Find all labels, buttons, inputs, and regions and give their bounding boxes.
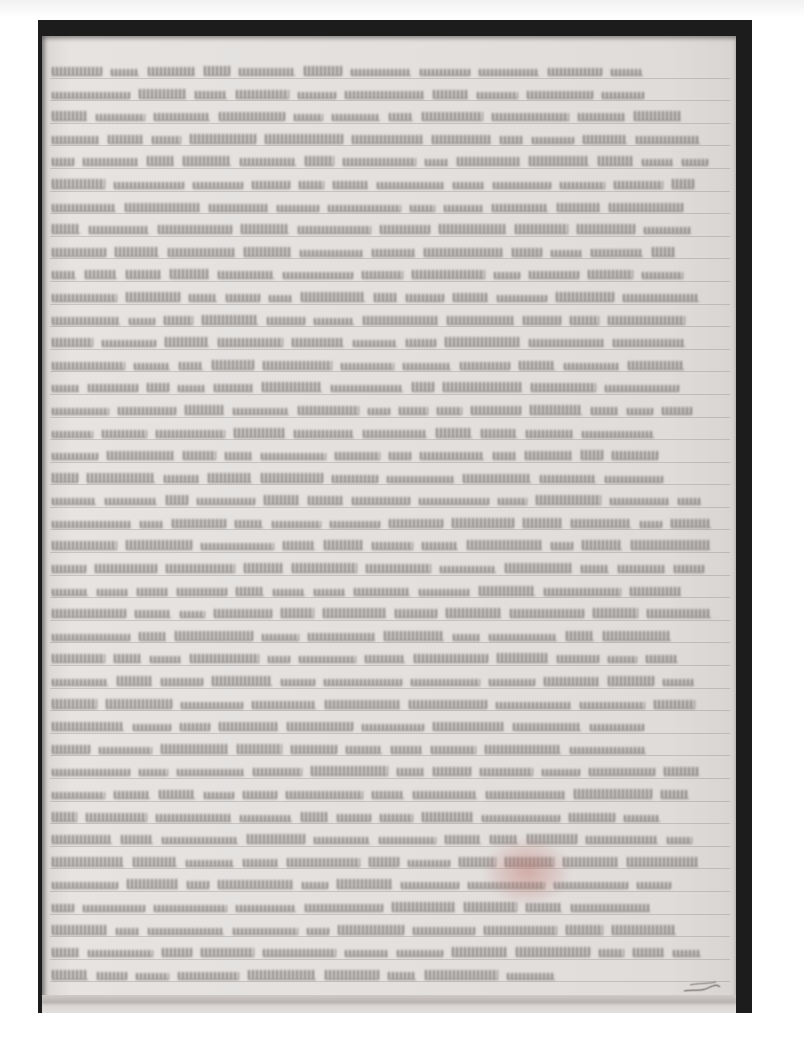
handwritten-word xyxy=(108,135,143,144)
handwritten-word xyxy=(99,747,152,754)
handwritten-word xyxy=(190,654,259,663)
handwritten-word xyxy=(292,563,357,573)
handwritten-word xyxy=(137,588,168,596)
handwritten-word xyxy=(148,928,224,935)
handwritten-word xyxy=(422,542,458,550)
handwritten-word xyxy=(663,679,694,686)
handwritten-word xyxy=(628,361,684,370)
handwritten-word xyxy=(235,520,263,528)
handwriting-strokes xyxy=(52,106,726,118)
handwriting-strokes xyxy=(52,535,726,547)
handwriting-line xyxy=(50,146,730,169)
handwriting-line xyxy=(50,79,730,102)
handwritten-word xyxy=(218,338,283,347)
handwritten-word xyxy=(409,700,487,709)
handwritten-word xyxy=(52,970,88,980)
handwritten-word xyxy=(261,473,323,483)
handwritten-word xyxy=(52,948,79,957)
handwritten-word xyxy=(180,723,210,731)
handwritten-word xyxy=(281,608,314,618)
handwritten-word xyxy=(551,542,573,550)
handwritten-word xyxy=(52,679,108,686)
handwritten-word xyxy=(377,182,444,189)
handwritten-word xyxy=(633,948,664,957)
handwriting-strokes xyxy=(52,671,726,683)
handwritten-word xyxy=(365,655,405,663)
handwritten-word xyxy=(97,589,128,596)
handwritten-word xyxy=(180,611,205,618)
handwritten-word xyxy=(107,451,174,460)
handwritten-word xyxy=(161,744,228,754)
handwritten-word xyxy=(557,203,600,212)
handwritten-word xyxy=(52,634,130,641)
handwritten-word xyxy=(445,337,520,347)
handwritten-word xyxy=(219,112,285,121)
handwritten-word xyxy=(492,204,548,212)
handwritten-word xyxy=(311,766,388,776)
handwritten-word xyxy=(664,767,699,776)
handwritten-word xyxy=(366,564,431,573)
handwritten-word xyxy=(111,69,139,76)
handwritten-word xyxy=(591,249,643,257)
handwritten-word xyxy=(243,791,277,799)
handwritten-word xyxy=(678,498,701,505)
handwritten-word xyxy=(673,950,701,957)
handwritten-word xyxy=(218,880,293,889)
handwritten-word xyxy=(264,495,299,505)
handwritten-word xyxy=(345,91,424,99)
handwritten-word xyxy=(354,588,410,596)
handwritten-word xyxy=(127,879,178,889)
handwritten-word xyxy=(662,407,692,415)
handwriting-line xyxy=(50,237,730,260)
handwritten-word xyxy=(445,835,481,844)
handwritten-word xyxy=(389,519,443,528)
handwritten-word xyxy=(353,340,397,347)
handwritten-word xyxy=(281,679,315,686)
handwritten-word xyxy=(523,316,561,325)
handwritten-word xyxy=(300,250,363,257)
handwriting-line xyxy=(50,643,730,666)
handwritten-word xyxy=(403,363,451,370)
handwriting-strokes xyxy=(52,761,726,773)
handwritten-word xyxy=(589,768,655,776)
handwritten-word xyxy=(96,114,145,121)
handwritten-word xyxy=(301,812,328,822)
handwritten-word xyxy=(304,66,342,76)
handwritten-word xyxy=(588,270,633,279)
handwritten-word xyxy=(608,316,685,325)
handwritten-word xyxy=(233,928,298,935)
handwritten-word xyxy=(624,815,660,822)
handwritten-word xyxy=(147,156,174,166)
handwritten-word xyxy=(52,498,96,505)
handwritten-word xyxy=(500,136,523,144)
handwritten-word xyxy=(440,566,496,573)
handwritten-word xyxy=(526,430,573,438)
handwritten-word xyxy=(301,292,365,302)
handwriting-strokes xyxy=(52,626,726,638)
handwritten-word xyxy=(372,542,413,550)
handwritten-word xyxy=(159,790,195,799)
handwritten-word xyxy=(481,429,517,438)
handwritten-word xyxy=(140,521,163,528)
handwritten-word xyxy=(447,316,514,325)
handwriting-strokes xyxy=(52,942,726,954)
handwritten-word xyxy=(460,362,510,370)
handwritten-word xyxy=(52,857,124,867)
handwritten-word xyxy=(399,407,428,415)
handwritten-word xyxy=(209,204,268,212)
handwriting-line xyxy=(50,485,730,508)
handwriting-line xyxy=(50,440,730,463)
handwritten-word xyxy=(581,450,603,460)
handwritten-word xyxy=(496,702,571,709)
handwritten-word xyxy=(406,294,444,302)
handwritten-word xyxy=(544,677,599,686)
handwritten-word xyxy=(52,111,87,121)
red-stamp-mark xyxy=(482,836,572,906)
handwriting-strokes xyxy=(52,807,726,819)
handwritten-word xyxy=(422,812,473,822)
handwritten-word xyxy=(294,430,354,438)
handwritten-word xyxy=(52,317,120,325)
handwritten-word xyxy=(185,405,224,415)
handwritten-word xyxy=(283,272,353,279)
handwritten-word xyxy=(126,270,161,279)
handwriting-strokes xyxy=(52,310,726,322)
handwritten-word xyxy=(631,540,710,550)
handwritten-word xyxy=(352,497,410,505)
handwriting-line xyxy=(50,530,730,553)
handwritten-word xyxy=(574,789,652,799)
handwritten-word xyxy=(269,295,292,302)
handwritten-word xyxy=(389,452,411,460)
handwritten-word xyxy=(337,814,371,822)
handwritten-word xyxy=(513,723,581,731)
handwritten-word xyxy=(397,768,424,776)
handwritten-word xyxy=(612,925,676,935)
handwritten-word xyxy=(52,609,126,618)
handwriting-line xyxy=(50,169,730,192)
handwritten-word xyxy=(314,318,354,325)
handwriting-line xyxy=(50,756,730,779)
handwriting-strokes xyxy=(52,490,726,502)
handwritten-word xyxy=(505,563,572,573)
handwritten-word xyxy=(324,679,402,686)
handwritten-word xyxy=(647,609,711,618)
handwritten-word xyxy=(343,158,416,166)
handwritten-word xyxy=(362,724,424,731)
handwritten-word xyxy=(599,949,624,957)
handwritten-word xyxy=(291,745,337,754)
handwritten-word xyxy=(52,792,105,799)
handwritten-word xyxy=(368,408,390,415)
handwritten-word xyxy=(102,430,147,438)
handwritten-word xyxy=(395,609,437,618)
handwritten-word xyxy=(571,904,650,912)
handwritten-word xyxy=(363,316,438,325)
handwritten-word xyxy=(133,724,171,731)
handwritten-word xyxy=(482,815,560,822)
handwriting-strokes xyxy=(52,84,726,96)
handwritten-word xyxy=(262,382,322,392)
handwritten-word xyxy=(433,722,504,731)
handwritten-word xyxy=(152,136,181,144)
handwritten-word xyxy=(262,634,299,641)
handwritten-word xyxy=(630,587,681,596)
handwritten-word xyxy=(479,586,535,596)
handwritten-word xyxy=(411,679,480,686)
handwritten-word xyxy=(560,182,605,189)
handwritten-word xyxy=(493,182,551,189)
handwritten-word xyxy=(121,835,153,844)
handwritten-word xyxy=(52,699,97,709)
handwritten-word xyxy=(292,338,344,347)
handwritten-word xyxy=(178,385,205,392)
handwritten-word xyxy=(557,655,599,663)
handwritten-word xyxy=(380,225,430,234)
handwritten-word xyxy=(551,250,582,257)
handwritten-word xyxy=(201,543,274,550)
handwritten-word xyxy=(52,67,102,76)
handwritten-word xyxy=(247,834,305,844)
handwritten-word xyxy=(634,111,681,121)
handwritten-word xyxy=(126,292,180,302)
handwritten-word xyxy=(412,270,485,279)
handwritten-word xyxy=(189,294,217,302)
handwritten-word xyxy=(52,769,130,776)
handwritten-word xyxy=(162,837,238,844)
handwritten-word xyxy=(261,453,326,460)
handwritten-word xyxy=(133,857,177,867)
handwritten-word xyxy=(105,498,157,505)
handwritten-word xyxy=(88,950,153,957)
handwritten-word xyxy=(433,767,471,776)
handwriting-line xyxy=(50,259,730,282)
handwriting-line xyxy=(50,892,730,915)
handwritten-word xyxy=(652,247,675,257)
handwritten-word xyxy=(544,588,621,596)
handwritten-word xyxy=(387,476,454,483)
handwritten-word xyxy=(52,248,106,257)
handwritten-word xyxy=(623,294,699,302)
handwriting-strokes xyxy=(52,920,726,932)
handwriting-line xyxy=(50,576,730,599)
handwritten-word xyxy=(346,746,382,754)
handwritten-word xyxy=(204,66,230,76)
handwriting-strokes xyxy=(52,784,726,796)
handwritten-word xyxy=(433,90,468,99)
handwritten-word xyxy=(529,339,604,347)
handwritten-word xyxy=(471,406,521,415)
handwritten-word xyxy=(497,295,547,302)
handwriting-strokes xyxy=(52,513,726,525)
handwriting-strokes xyxy=(52,716,726,728)
handwriting-strokes xyxy=(52,829,726,841)
handwritten-word xyxy=(202,315,258,325)
handwritten-word xyxy=(287,722,353,731)
handwritten-word xyxy=(323,608,386,618)
handwritten-word xyxy=(212,360,254,370)
handwritten-word xyxy=(609,203,683,212)
handwritten-word xyxy=(406,339,436,347)
handwritten-word xyxy=(372,249,415,257)
handwritten-word xyxy=(52,882,118,889)
handwritten-word xyxy=(214,384,253,392)
handwritten-word xyxy=(388,972,416,980)
handwritten-word xyxy=(492,113,569,121)
handwritten-word xyxy=(374,293,397,302)
handwritten-word xyxy=(89,226,149,234)
handwritten-word xyxy=(116,928,139,935)
handwritten-word xyxy=(183,451,216,460)
handwritten-word xyxy=(331,385,403,392)
handwriting-line xyxy=(50,418,730,441)
handwritten-word xyxy=(602,92,644,99)
handwritten-word xyxy=(298,92,336,99)
handwritten-word xyxy=(302,882,328,889)
handwritten-word xyxy=(236,587,264,596)
handwritten-word xyxy=(156,814,231,822)
handwritten-word xyxy=(489,634,557,641)
handwritten-word xyxy=(529,156,589,166)
handwriting-strokes xyxy=(52,377,726,389)
handwriting-strokes xyxy=(52,400,726,412)
handwritten-word xyxy=(52,294,117,302)
handwritten-word xyxy=(147,383,169,392)
handwritten-word xyxy=(345,950,388,957)
handwritten-word xyxy=(52,362,125,370)
handwritten-word xyxy=(384,631,444,641)
handwriting-line xyxy=(50,824,730,847)
handwritten-word xyxy=(187,881,209,889)
handwritten-word xyxy=(117,676,152,686)
handwritten-word xyxy=(52,654,105,663)
handwritten-word xyxy=(419,498,489,505)
handwritten-word xyxy=(186,860,234,867)
handwriting-strokes xyxy=(52,332,726,344)
handwritten-word xyxy=(83,158,138,166)
handwritten-word xyxy=(118,407,176,415)
handwritten-word xyxy=(570,747,646,754)
handwritten-word xyxy=(640,521,662,528)
handwriting-strokes xyxy=(52,445,726,457)
handwriting-line xyxy=(50,282,730,305)
handwritten-word xyxy=(363,430,427,438)
handwriting-strokes xyxy=(52,468,726,480)
handwritten-word xyxy=(52,453,98,460)
handwritten-word xyxy=(201,948,254,957)
handwriting-line xyxy=(50,553,730,576)
handwritten-word xyxy=(484,926,557,935)
handwriting-line xyxy=(50,711,730,734)
handwriting-strokes xyxy=(52,558,726,570)
handwritten-word xyxy=(52,204,116,212)
handwritten-word xyxy=(212,676,272,686)
handwritten-word xyxy=(52,92,130,99)
handwriting-strokes xyxy=(52,129,726,141)
handwritten-word xyxy=(380,814,413,822)
handwriting-strokes xyxy=(52,355,726,367)
handwritten-word xyxy=(591,407,618,415)
handwriting-line xyxy=(50,395,730,418)
handwritten-word xyxy=(379,837,436,844)
handwritten-word xyxy=(234,428,285,438)
handwritten-word xyxy=(611,69,643,76)
handwritten-word xyxy=(525,451,572,460)
handwritten-word xyxy=(139,632,166,641)
handwritten-word xyxy=(578,113,625,121)
handwritten-word xyxy=(240,815,292,822)
handwritten-word xyxy=(467,540,542,550)
handwritten-word xyxy=(408,860,450,867)
handwritten-word xyxy=(204,792,234,799)
handwriting-strokes xyxy=(52,694,726,706)
handwritten-word xyxy=(52,521,131,528)
handwritten-word xyxy=(437,407,462,415)
handwritten-word xyxy=(642,159,673,166)
handwritten-word xyxy=(134,363,170,370)
handwritten-word xyxy=(412,382,434,392)
handwritten-word xyxy=(52,136,99,144)
handwritten-word xyxy=(330,521,380,528)
handwritten-word xyxy=(489,679,535,686)
handwritten-word xyxy=(338,925,404,935)
handwritten-word xyxy=(125,203,200,212)
handwritten-word xyxy=(410,205,435,212)
handwritten-word xyxy=(102,340,156,347)
handwritten-word xyxy=(527,91,593,99)
handwritten-word xyxy=(516,947,590,957)
handwritten-word xyxy=(608,676,654,686)
handwritten-word xyxy=(413,791,477,799)
handwritten-word xyxy=(372,791,404,799)
handwritten-word xyxy=(453,182,484,189)
handwritten-word xyxy=(646,655,678,663)
handwritten-word xyxy=(156,430,225,438)
handwritten-page xyxy=(42,36,736,1013)
handwritten-word xyxy=(136,973,169,980)
paper-bottom-edge xyxy=(42,995,736,1013)
handwritten-word xyxy=(148,67,195,76)
handwritten-word xyxy=(166,564,235,573)
handwritten-word xyxy=(485,745,561,754)
handwritten-word xyxy=(325,970,379,980)
handwritten-word xyxy=(219,722,278,731)
handwritten-word xyxy=(162,948,192,957)
handwritten-word xyxy=(244,563,283,573)
handwritten-word xyxy=(236,90,289,99)
handwritten-word xyxy=(389,113,413,121)
handwritten-word xyxy=(486,791,565,799)
handwritten-word xyxy=(273,589,305,596)
handwritten-word xyxy=(515,224,568,234)
handwritten-word xyxy=(106,699,172,709)
handwritten-word xyxy=(294,114,323,121)
handwritten-word xyxy=(298,226,371,234)
handwritten-word xyxy=(419,589,470,596)
handwritten-word xyxy=(52,158,74,166)
handwritten-word xyxy=(52,408,109,415)
handwriting-line xyxy=(50,689,730,712)
handwriting-line xyxy=(50,327,730,350)
handwritten-word xyxy=(457,157,520,166)
handwritten-word xyxy=(178,972,239,980)
handwritten-word xyxy=(582,431,654,438)
handwriting-line xyxy=(50,463,730,486)
handwritten-word xyxy=(265,134,343,144)
